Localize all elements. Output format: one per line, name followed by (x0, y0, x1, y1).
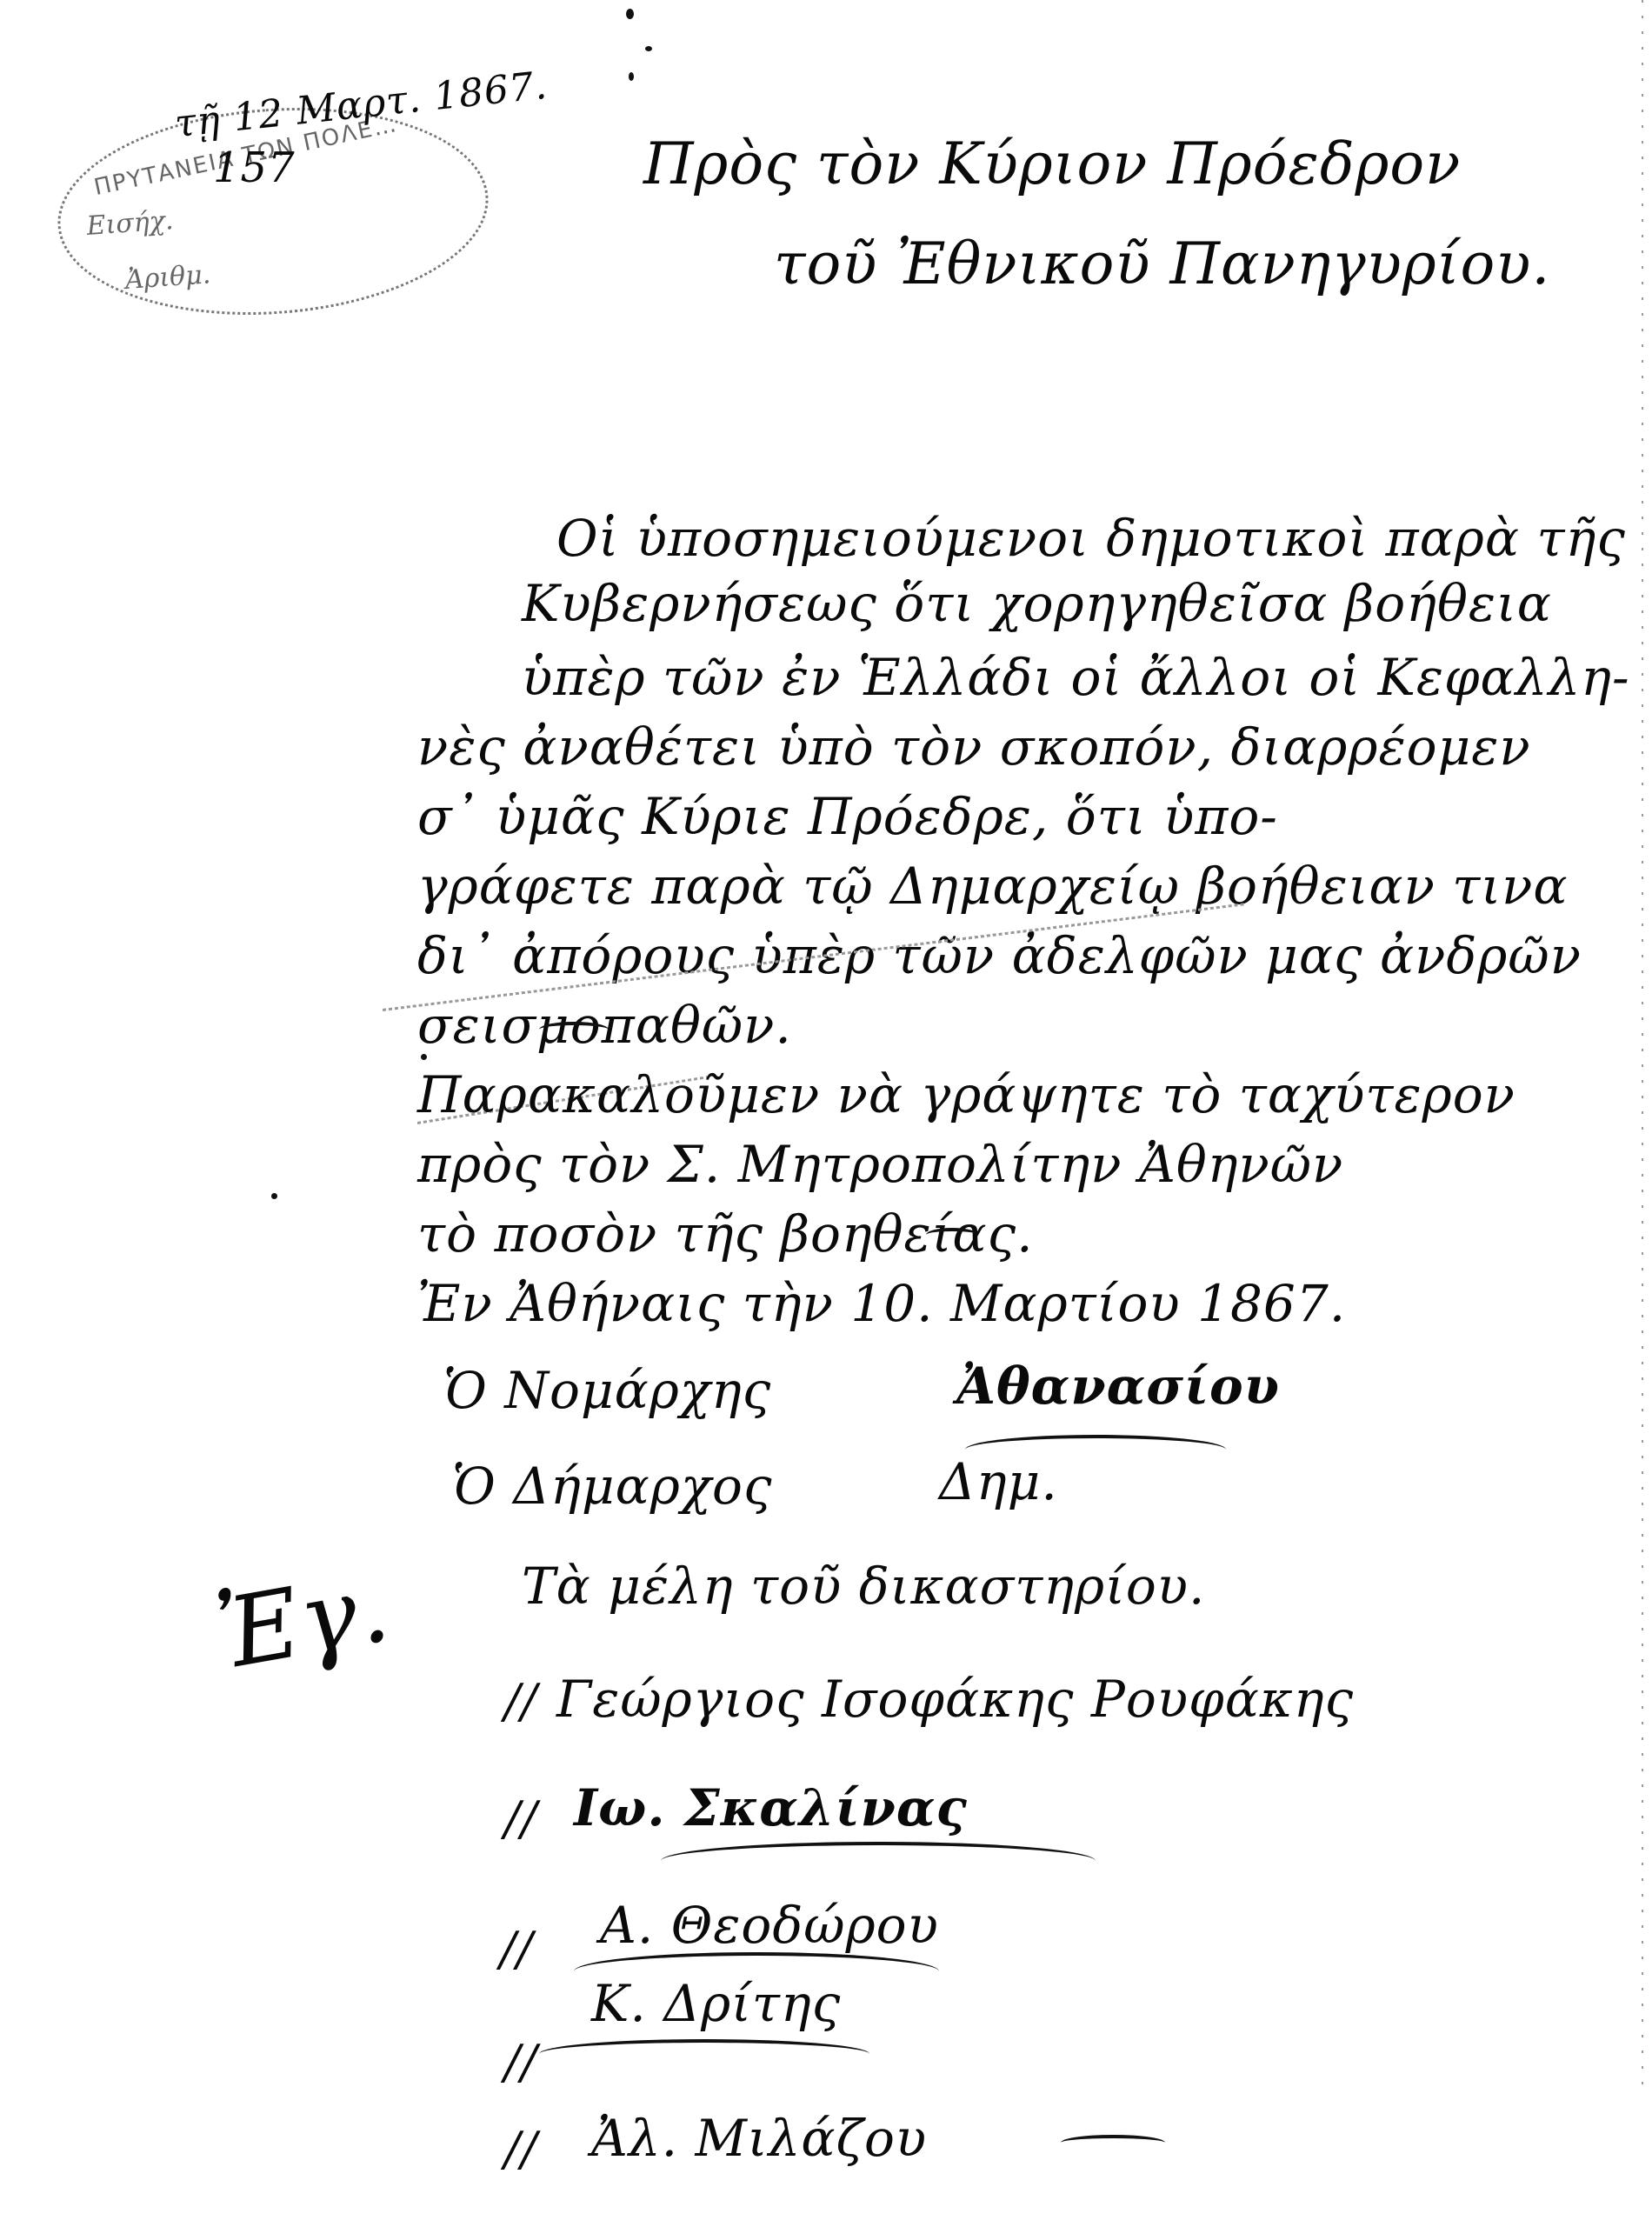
addressee-line-2: τοῦ Ἐθνικοῦ Πανηγυρίου. (774, 230, 1550, 297)
mayor-signature: Δημ. (939, 1452, 1058, 1511)
body-line: σ᾿ ὑμᾶς Κύριε Πρόεδρε, ὅτι ὑπο- (417, 787, 1278, 846)
signature-flourish (539, 2039, 869, 2069)
member-signature: Γεώργιος Ισοφάκης Ρουφάκης (556, 1670, 1354, 1729)
body-line: Κυβερνήσεως ὅτι χορηγηθεῖσα βοήθεια (522, 574, 1552, 633)
dash-flourish (926, 1228, 978, 1242)
ditto-mark: // (504, 1674, 537, 1729)
body-line: ὑπὲρ τῶν ἐν Ἑλλάδι οἱ ἄλλοι οἱ Κεφαλλη- (522, 648, 1630, 707)
member-signature: Κ. Δρίτης (591, 1974, 841, 2033)
signature-flourish (661, 1842, 1096, 1880)
body-line: Παρακαλοῦμεν νὰ γράψητε τὸ ταχύτερον (417, 1065, 1515, 1124)
body-line: πρὸς τὸν Σ. Μητροπολίτην Ἀθηνῶν (417, 1135, 1343, 1194)
ink-dot (421, 1054, 427, 1060)
scanned-document-page: ΠΡΥΤΑΝΕΙΑ ΤΩΝ ΠΟΛΕ… Εισήχ. Ἀριθμ. τῇ 12 … (0, 0, 1652, 2227)
place-date-line: Ἐν Ἀθήναις τὴν 10. Μαρτίου 1867. (417, 1274, 1346, 1333)
body-line: γράφετε παρὰ τῷ Δημαρχείῳ βοήθειαν τινα (417, 857, 1569, 916)
stamp-received-label: Εισήχ. (85, 205, 174, 242)
nomarch-signature: Ἀθανασίου (956, 1357, 1280, 1416)
ink-specks (626, 4, 661, 83)
ink-dot (271, 1193, 277, 1199)
member-signature: Ιω. Σκαλίνας (574, 1778, 968, 1837)
margin-note: Ἐγ. (209, 1551, 397, 1690)
ditto-mark: // (504, 2035, 537, 2090)
member-signature: Ἀλ. Μιλάζου (591, 2109, 927, 2168)
addressee-line-1: Πρὸς τὸν Κύριον Πρόεδρον (643, 130, 1461, 197)
nomarch-label: Ὁ Νομάρχης (443, 1361, 771, 1420)
body-line: Οἱ ὑποσημειούμενοι δημοτικοὶ παρὰ τῆς (556, 509, 1626, 568)
ditto-mark: // (500, 1922, 533, 1977)
stamp-number: 157 (213, 143, 296, 192)
dash-flourish (539, 1022, 609, 1037)
stamp-number-label: Ἀριθμ. (124, 259, 211, 296)
ditto-mark: // (504, 1791, 537, 1846)
ditto-mark: // (504, 2122, 537, 2177)
dash-flourish (1061, 2135, 1165, 2150)
mayor-label: Ὁ Δήμαρχος (452, 1457, 772, 1516)
members-heading: Τὰ μέλη τοῦ δικαστηρίου. (522, 1557, 1206, 1616)
body-line: νὲς ἀναθέτει ὑπὸ τὸν σκοπόν, διαρρέομεν (417, 717, 1531, 777)
member-signature: Α. Θεοδώρου (600, 1896, 939, 1955)
page-edge (1642, 0, 1643, 2087)
